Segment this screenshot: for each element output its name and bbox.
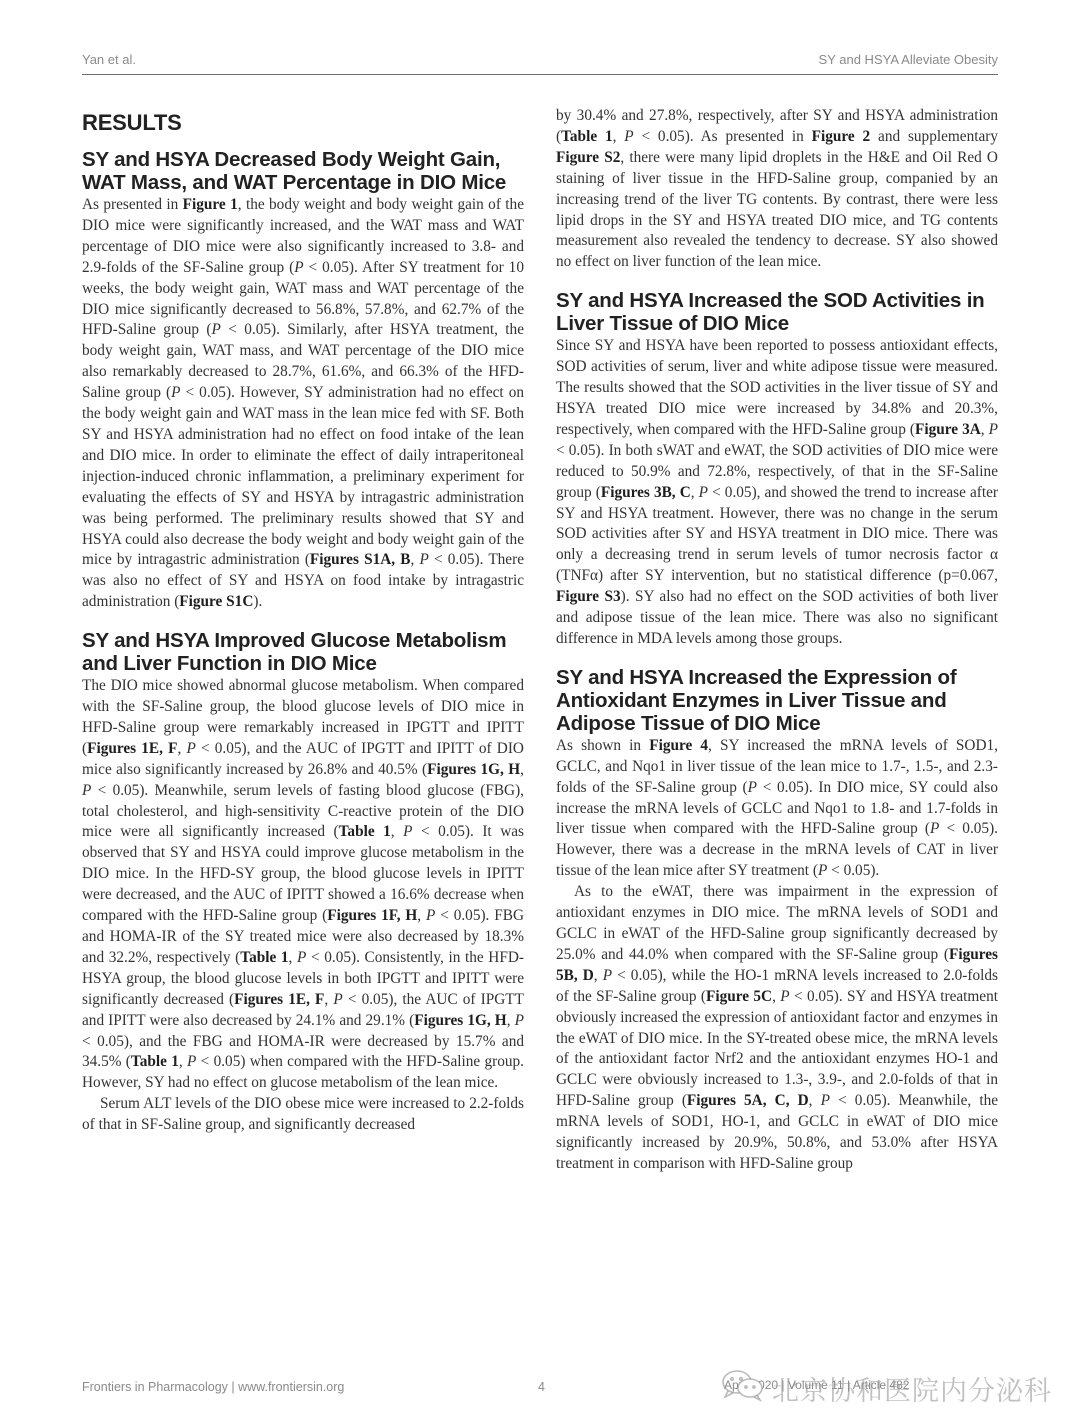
figure-reference: Table 1	[240, 949, 288, 966]
figure-reference: Figure 1	[183, 196, 238, 213]
text-run: ,	[324, 991, 333, 1008]
text-run: As presented in	[82, 196, 183, 213]
text-run: ,	[507, 1012, 515, 1029]
p-value-symbol: P	[515, 1012, 524, 1029]
figure-reference: Figures 1G, H	[414, 1012, 506, 1029]
p-value-symbol: P	[187, 1053, 196, 1070]
figure-reference: Figures 1E, F	[87, 740, 177, 757]
header-short-title: SY and HSYA Alleviate Obesity	[819, 52, 998, 67]
p-value-symbol: P	[603, 967, 612, 984]
text-run: ,	[981, 421, 989, 438]
text-run: ,	[417, 907, 426, 924]
figure-reference: Figures 1E, F	[234, 991, 324, 1008]
left-column: RESULTS SY and HSYA Decreased Body Weigh…	[82, 106, 524, 1136]
text-run: ,	[809, 1092, 821, 1109]
section-heading-sod-activities: SY and HSYA Increased the SOD Activities…	[556, 289, 998, 335]
paragraph: Serum ALT levels of the DIO obese mice w…	[82, 1094, 524, 1136]
right-column: by 30.4% and 27.8%, respectively, after …	[556, 106, 998, 1175]
figure-reference: Figure 4	[649, 737, 708, 754]
header-authors: Yan et al.	[82, 52, 136, 67]
section-heading-antioxidant-enzymes: SY and HSYA Increased the Expression of …	[556, 666, 998, 735]
text-run: ,	[520, 761, 524, 778]
paragraph: Since SY and HSYA have been reported to …	[556, 336, 998, 650]
text-run: ,	[613, 128, 625, 145]
text-run: ,	[179, 1053, 187, 1070]
text-run: < 0.05). As presented in	[634, 128, 812, 145]
figure-reference: Figures 1F, H	[327, 907, 417, 924]
text-run: < 0.05).	[827, 862, 879, 879]
results-title: RESULTS	[82, 110, 524, 136]
p-value-symbol: P	[333, 991, 342, 1008]
page-number: 4	[538, 1380, 545, 1394]
paragraph: The DIO mice showed abnormal glucose met…	[82, 676, 524, 1094]
p-value-symbol: P	[426, 907, 435, 924]
text-run: ).	[253, 593, 262, 610]
p-value-symbol: P	[294, 259, 303, 276]
text-run: ,	[594, 967, 603, 984]
p-value-symbol: P	[82, 782, 91, 799]
figure-reference: Table 1	[131, 1053, 179, 1070]
figure-reference: Figures 5A, C, D	[687, 1092, 809, 1109]
text-run: ). SY also had no effect on the SOD acti…	[556, 588, 998, 647]
figure-reference: Figure S3	[556, 588, 621, 605]
footer-journal-link[interactable]: Frontiers in Pharmacology | www.frontier…	[82, 1380, 344, 1394]
text-run: ,	[289, 949, 297, 966]
figure-reference: Figure 3A	[915, 421, 981, 438]
text-run: Serum ALT levels of the DIO obese mice w…	[82, 1095, 524, 1133]
p-value-symbol: P	[699, 484, 708, 501]
running-header: Yan et al. SY and HSYA Alleviate Obesity	[82, 48, 998, 75]
paragraph-continuation: by 30.4% and 27.8%, respectively, after …	[556, 106, 998, 273]
figure-reference: Figure 5C	[706, 988, 772, 1005]
paragraph: As shown in Figure 4, SY increased the m…	[556, 736, 998, 882]
p-value-symbol: P	[419, 551, 428, 568]
figure-reference: Figures 3B, C	[601, 484, 691, 501]
figure-reference: Table 1	[561, 128, 612, 145]
p-value-symbol: P	[186, 740, 195, 757]
p-value-symbol: P	[780, 988, 789, 1005]
p-value-symbol: P	[930, 820, 939, 837]
text-run: , there were many lipid droplets in the …	[556, 149, 998, 271]
section-heading-body-weight: SY and HSYA Decreased Body Weight Gain, …	[82, 148, 524, 194]
figure-reference: Figures S1A, B	[310, 551, 411, 568]
paragraph: As presented in Figure 1, the body weigh…	[82, 195, 524, 613]
p-value-symbol: P	[624, 128, 633, 145]
figure-reference: Figures 1G, H	[427, 761, 520, 778]
text-run: ,	[691, 484, 699, 501]
p-value-symbol: P	[297, 949, 306, 966]
figure-reference: Table 1	[339, 823, 391, 840]
text-run: and supplementary	[870, 128, 998, 145]
paragraph: As to the eWAT, there was impairment in …	[556, 882, 998, 1175]
p-value-symbol: P	[211, 321, 220, 338]
figure-reference: Figure 2	[812, 128, 871, 145]
text-run: As shown in	[556, 737, 649, 754]
text-run: < 0.05). However, SY administration had …	[82, 384, 524, 568]
section-heading-glucose-metabolism: SY and HSYA Improved Glucose Metabolism …	[82, 629, 524, 675]
text-run: ,	[391, 823, 403, 840]
figure-reference: Figure S1C	[179, 593, 253, 610]
watermark: 北京协和医院内分泌科	[720, 1370, 1052, 1406]
watermark-text: 北京协和医院内分泌科	[772, 1369, 1052, 1408]
p-value-symbol: P	[748, 779, 757, 796]
p-value-symbol: P	[989, 421, 998, 438]
p-value-symbol: P	[818, 862, 827, 879]
wechat-icon	[720, 1368, 766, 1409]
p-value-symbol: P	[821, 1092, 830, 1109]
text-run: As to the eWAT, there was impairment in …	[556, 883, 998, 963]
figure-reference: Figure S2	[556, 149, 620, 166]
